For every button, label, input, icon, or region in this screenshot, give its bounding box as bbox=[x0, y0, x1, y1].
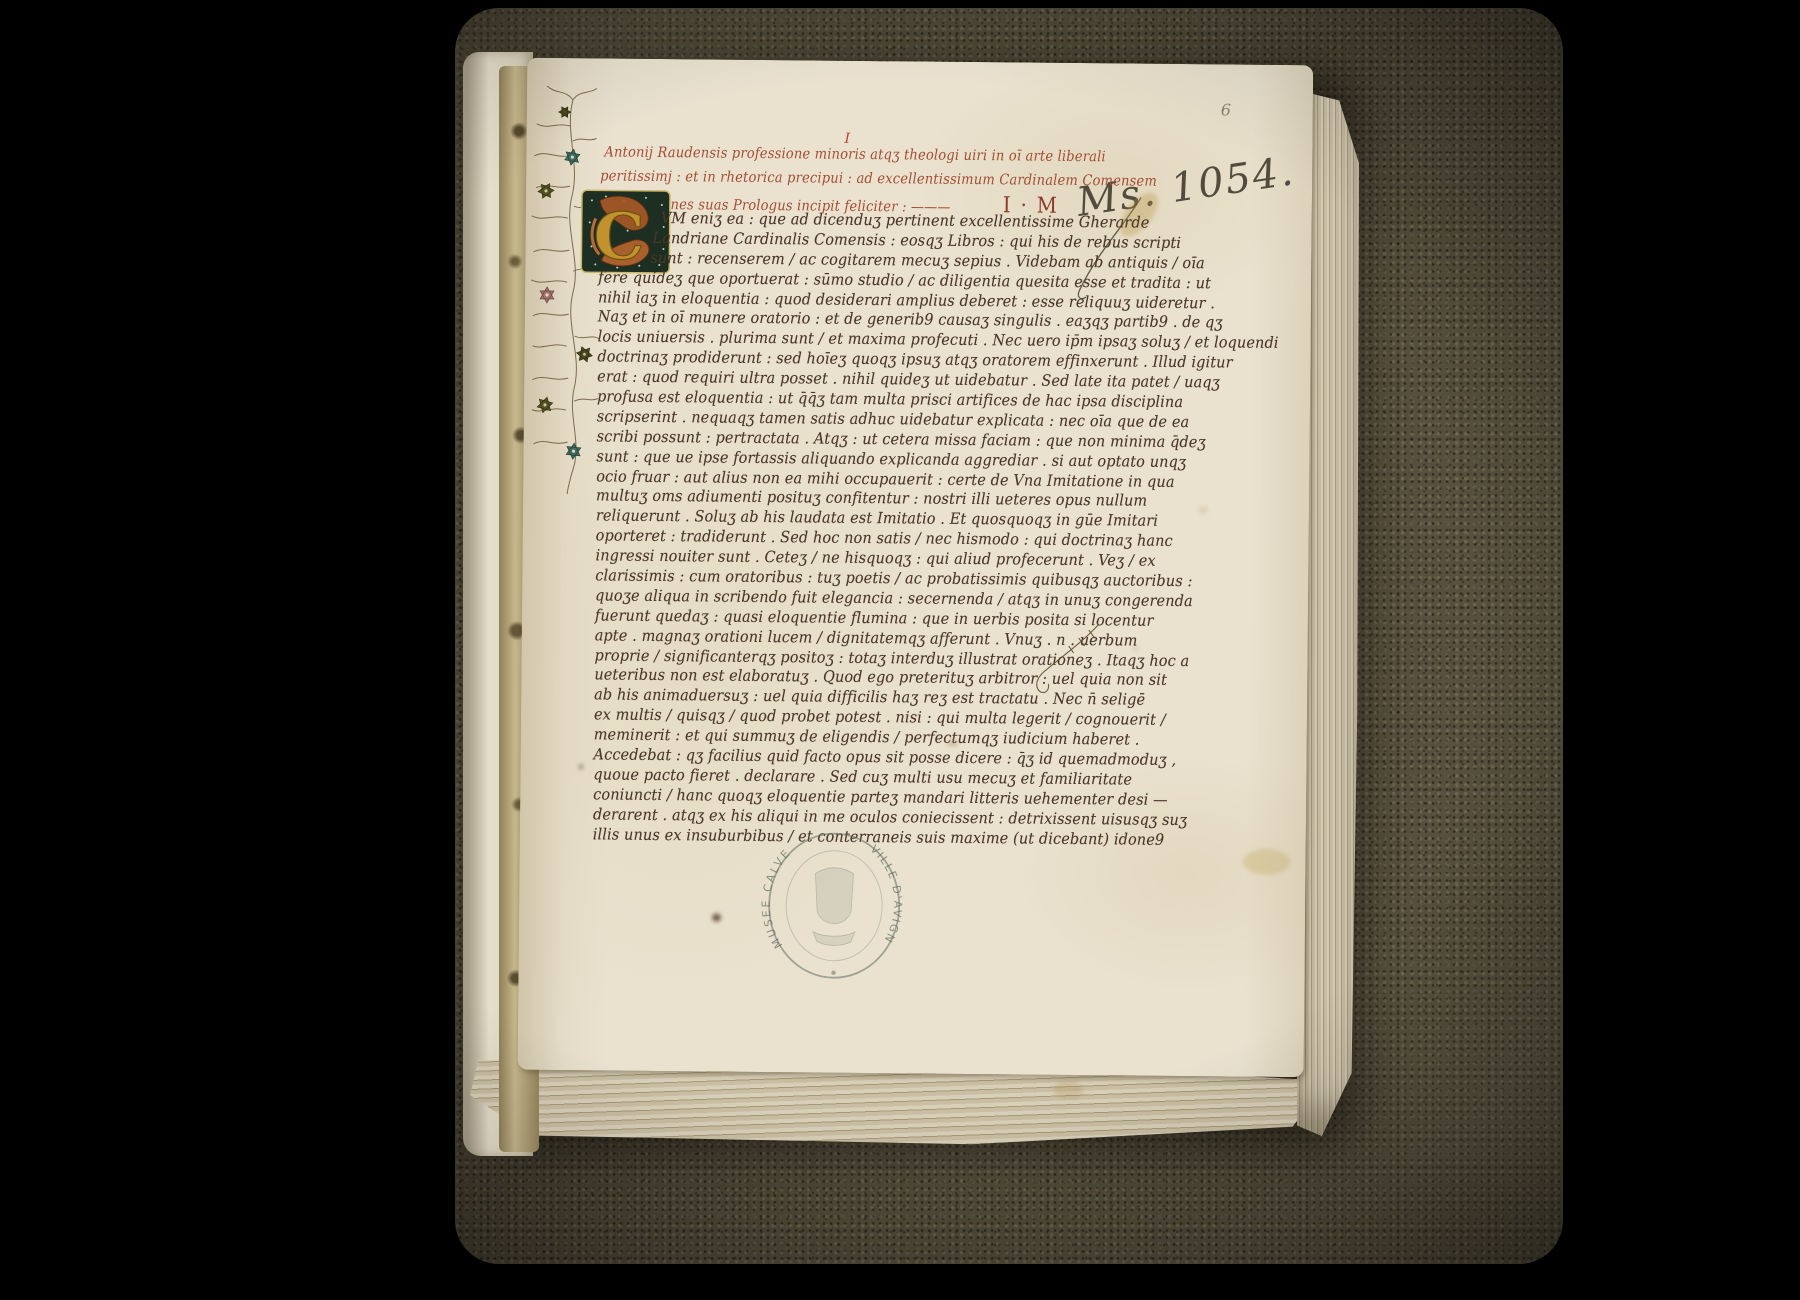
stain bbox=[1242, 849, 1290, 875]
rubric-line: Antonij Raudensis professione minoris at… bbox=[604, 144, 1106, 165]
star-flower bbox=[536, 181, 555, 201]
star-flower bbox=[564, 148, 580, 166]
star-flower bbox=[574, 344, 595, 365]
library-stamp: MUSEE CALVET VILLE D'AVIGNON bbox=[756, 825, 912, 986]
manuscript-page: 6 Ms. 1054. I Antonij Raudensis professi… bbox=[518, 58, 1314, 1077]
stamp-coat-of-arms bbox=[813, 867, 856, 945]
stain bbox=[578, 764, 583, 769]
star-flower bbox=[566, 443, 581, 460]
rubric-line: peritissimj : et in rhetorica precipui :… bbox=[600, 168, 1157, 189]
stamp-bottom-dot bbox=[831, 970, 835, 974]
text-block: VM eniʒ ea : que ad dicenduʒ pertinent e… bbox=[593, 208, 1331, 852]
star-flower bbox=[540, 287, 554, 303]
rubric-numeral: I bbox=[844, 131, 850, 147]
star-flower bbox=[536, 395, 554, 414]
stain bbox=[712, 914, 721, 922]
pen-flourish bbox=[1026, 618, 1109, 711]
penwork-vine bbox=[529, 86, 601, 495]
photograph-stage: 6 Ms. 1054. I Antonij Raudensis professi… bbox=[0, 0, 1800, 1300]
folio-number: 6 bbox=[1221, 100, 1231, 119]
